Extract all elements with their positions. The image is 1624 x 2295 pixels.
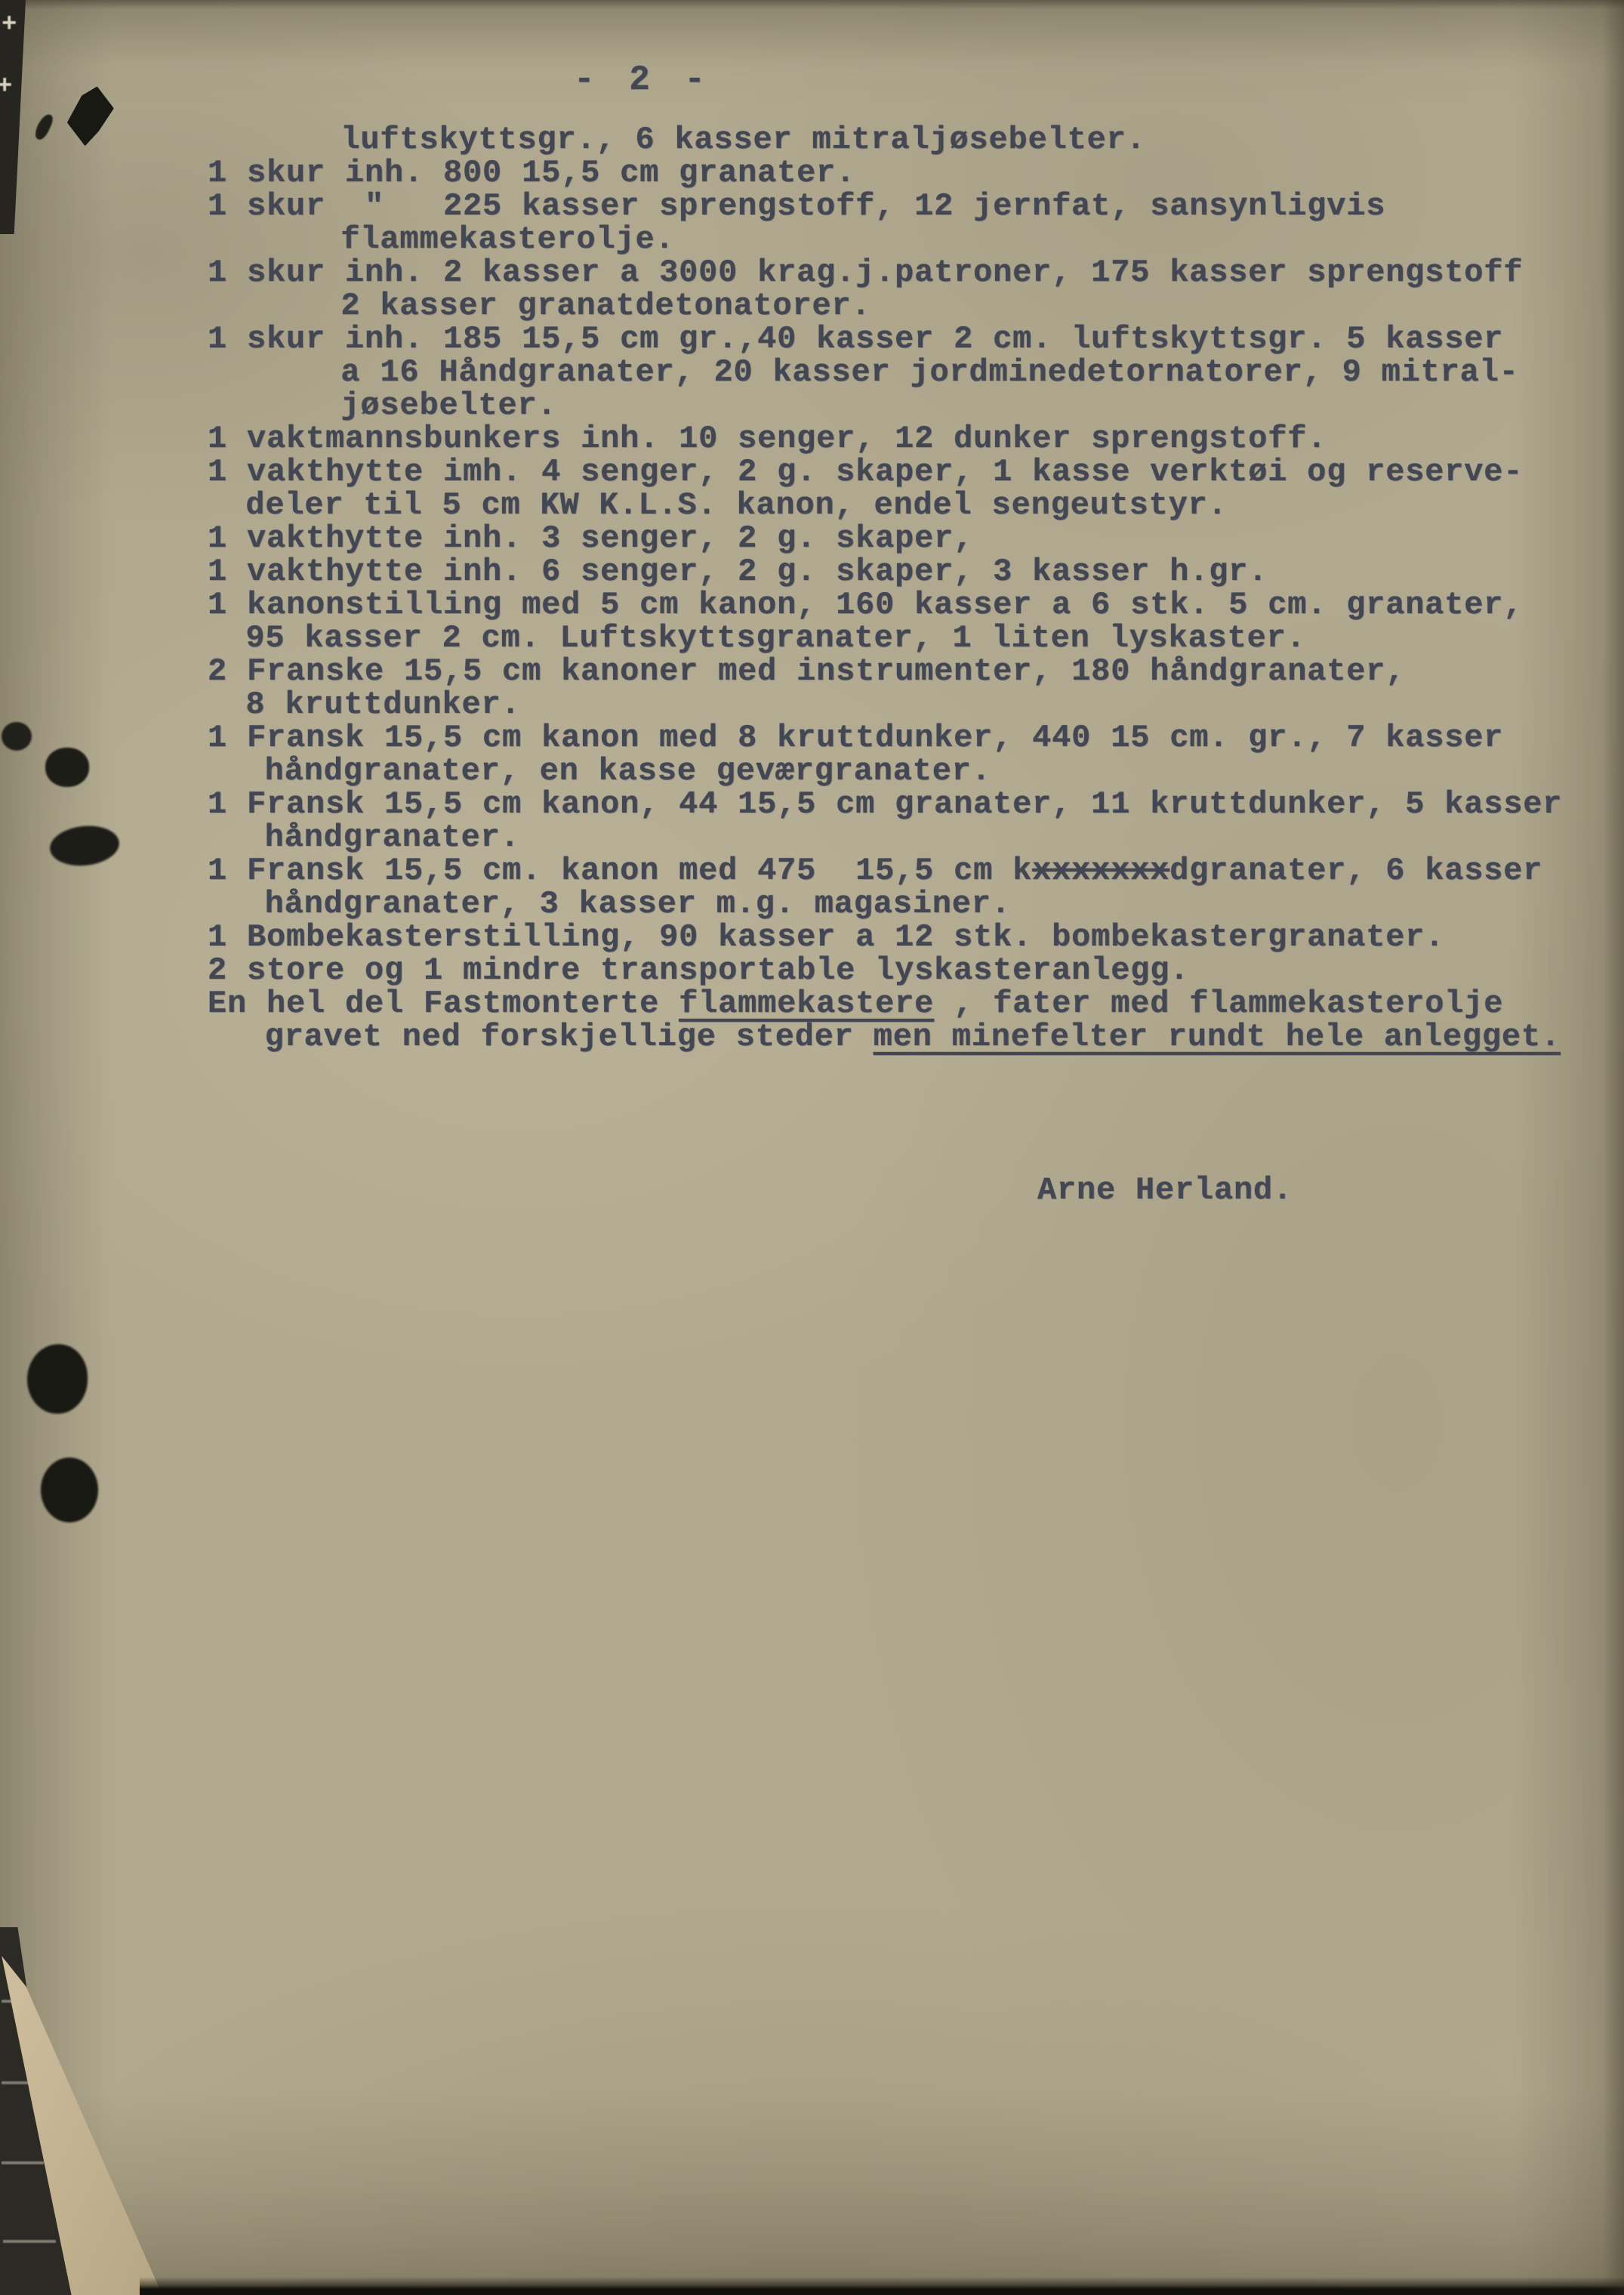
- text-segment: gravet ned forskjellige steder: [265, 1019, 874, 1055]
- text-segment: 8 kruttdunker.: [245, 686, 520, 723]
- text-segment: håndgranater, 3 kasser m.g. magasiner.: [265, 886, 1011, 922]
- document-line: deler til 5 cm KW K.L.S. kanon, endel se…: [208, 489, 1609, 522]
- document-line: En hel del Fastmonterte flammekastere , …: [208, 987, 1609, 1020]
- text-segment: flammekasterolje.: [341, 221, 674, 258]
- document-line: 1 skur inh. 185 15,5 cm gr.,40 kasser 2 …: [208, 322, 1609, 356]
- signature: Arne Herland.: [1037, 1172, 1293, 1208]
- document-line: 1 vakthytte inh. 6 senger, 2 g. skaper, …: [208, 555, 1609, 588]
- text-segment: deler til 5 cm KW K.L.S. kanon, endel se…: [245, 487, 1227, 523]
- text-segment: 1 Fransk 15,5 cm. kanon med 475 15,5 cm …: [208, 853, 1032, 889]
- document-line: 1 Fransk 15,5 cm. kanon med 475 15,5 cm …: [208, 854, 1609, 887]
- document-line: luftskyttsgr., 6 kasser mitraljøsebelter…: [208, 123, 1609, 156]
- document-line: gravet ned forskjellige steder men minef…: [208, 1020, 1609, 1053]
- edge-ink-blob: [45, 748, 89, 787]
- registration-cross-icon: +: [0, 74, 12, 100]
- document-line: jøsebelter.: [208, 389, 1609, 422]
- text-segment: håndgranater.: [265, 819, 520, 856]
- text-segment: a 16 Håndgranater, 20 kasser jordminedet…: [341, 354, 1518, 390]
- hole-punch-mark: [27, 1344, 88, 1414]
- text-segment: 1 vakthytte imh. 4 senger, 2 g. skaper, …: [208, 454, 1523, 490]
- text-segment: 2 kasser granatdetonatorer.: [341, 288, 871, 324]
- document-line: flammekasterolje.: [208, 223, 1609, 256]
- text-segment: håndgranater, en kasse geværgranater.: [265, 753, 991, 789]
- document-line: 1 kanonstilling med 5 cm kanon, 160 kass…: [208, 588, 1609, 622]
- struck-out-text: xxxxxxx: [1032, 853, 1169, 889]
- text-segment: 1 Fransk 15,5 cm kanon, 44 15,5 cm grana…: [208, 786, 1562, 822]
- document-line: 1 skur inh. 2 kasser a 3000 krag.j.patro…: [208, 256, 1609, 289]
- document-line: a 16 Håndgranater, 20 kasser jordminedet…: [208, 356, 1609, 389]
- ruler-tick: [2, 2161, 44, 2164]
- ruler-tick: [3, 2240, 56, 2243]
- text-segment: 1 vaktmannsbunkers inh. 10 senger, 12 du…: [208, 421, 1327, 457]
- document-line: 1 Bombekasterstilling, 90 kasser a 12 st…: [208, 921, 1609, 954]
- text-segment: En hel del Fastmonterte: [208, 986, 679, 1022]
- document-line: 2 kasser granatdetonatorer.: [208, 289, 1609, 322]
- text-segment: 2 store og 1 mindre transportable lyskas…: [208, 952, 1189, 989]
- text-segment: 95 kasser 2 cm. Luftskyttsgranater, 1 li…: [245, 620, 1305, 656]
- document-line: håndgranater, en kasse geværgranater.: [208, 754, 1609, 788]
- underlined-text: men minefelter rundt hele anlegget.: [874, 1019, 1561, 1055]
- text-segment: 2 Franske 15,5 cm kanoner med instrument…: [208, 653, 1405, 689]
- page-number: - 2 -: [574, 60, 712, 100]
- text-segment: 1 kanonstilling med 5 cm kanon, 160 kass…: [208, 587, 1523, 623]
- text-segment: 1 Fransk 15,5 cm kanon med 8 kruttdunker…: [208, 720, 1503, 756]
- text-segment: 1 vakthytte inh. 6 senger, 2 g. skaper, …: [208, 554, 1268, 590]
- page-top-edge-shade: [0, 0, 1624, 9]
- text-segment: 1 skur inh. 800 15,5 cm granater.: [208, 155, 855, 191]
- registration-cross-icon: +: [2, 12, 17, 38]
- text-segment: 1 skur " 225 kasser sprengstoff, 12 jern…: [208, 188, 1385, 224]
- hole-punch-mark: [41, 1458, 98, 1522]
- inventory-list: luftskyttsgr., 6 kasser mitraljøsebelter…: [208, 123, 1609, 1053]
- text-segment: 1 skur inh. 185 15,5 cm gr.,40 kasser 2 …: [208, 321, 1503, 357]
- document-line: 1 vakthytte inh. 3 senger, 2 g. skaper,: [208, 522, 1609, 555]
- document-line: 8 kruttdunker.: [208, 688, 1609, 721]
- document-line: 1 skur " 225 kasser sprengstoff, 12 jern…: [208, 190, 1609, 223]
- document-line: 1 vaktmannsbunkers inh. 10 senger, 12 du…: [208, 422, 1609, 455]
- document-line: 1 Fransk 15,5 cm kanon, 44 15,5 cm grana…: [208, 788, 1609, 821]
- text-segment: luftskyttsgr., 6 kasser mitraljøsebelter…: [341, 122, 1145, 158]
- text-segment: jøsebelter.: [341, 387, 556, 424]
- document-line: 1 Fransk 15,5 cm kanon med 8 kruttdunker…: [208, 721, 1609, 754]
- document-line: 2 store og 1 mindre transportable lyskas…: [208, 954, 1609, 987]
- ruler-tick: [2, 2081, 32, 2084]
- edge-ink-blob: [2, 722, 32, 751]
- scanned-document-page: { "page": { "number_label": "- 2 -", "si…: [0, 0, 1624, 2295]
- page-bottom-edge: [140, 2277, 1624, 2295]
- document-line: håndgranater, 3 kasser m.g. magasiner.: [208, 887, 1609, 921]
- document-line: 1 vakthytte imh. 4 senger, 2 g. skaper, …: [208, 455, 1609, 489]
- text-segment: 1 vakthytte inh. 3 senger, 2 g. skaper,: [208, 520, 973, 557]
- document-line: 1 skur inh. 800 15,5 cm granater.: [208, 156, 1609, 190]
- text-segment: 1 skur inh. 2 kasser a 3000 krag.j.patro…: [208, 254, 1523, 291]
- underlined-text: flammekastere: [679, 986, 934, 1022]
- text-segment: 1 Bombekasterstilling, 90 kasser a 12 st…: [208, 919, 1444, 955]
- document-line: håndgranater.: [208, 821, 1609, 854]
- document-line: 2 Franske 15,5 cm kanoner med instrument…: [208, 655, 1609, 688]
- document-line: 95 kasser 2 cm. Luftskyttsgranater, 1 li…: [208, 622, 1609, 655]
- text-segment: , fater med flammekasterolje: [934, 986, 1503, 1022]
- text-segment: dgranater, 6 kasser: [1169, 853, 1542, 889]
